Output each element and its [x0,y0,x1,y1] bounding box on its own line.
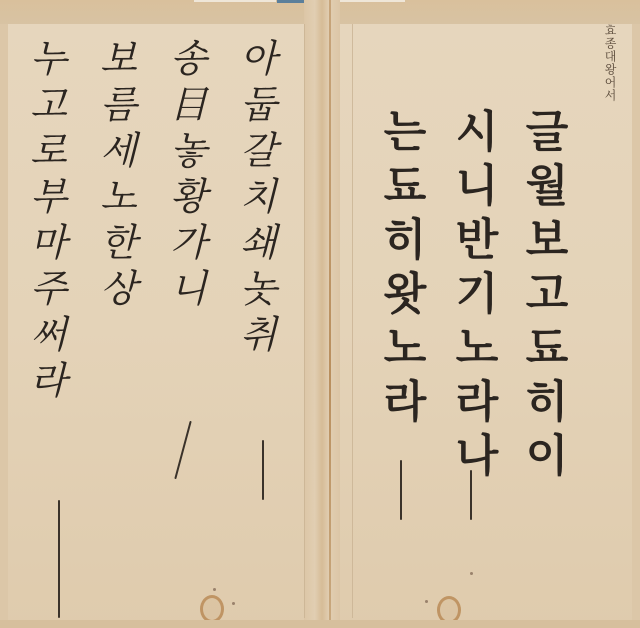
left-column-3: 보름세노한상 [88,38,143,468]
bottom-margin [0,620,640,628]
brush-tail [400,460,402,520]
left-column-2: 송目놓황가니 [158,38,213,498]
water-stain [200,595,224,623]
paper-speck [232,602,235,605]
right-column-3: 는됴히왓노라 [368,108,432,508]
right-column-1: 글월보고됴히이 [510,108,574,538]
brush-tail [470,470,472,520]
ruled-line [304,24,305,618]
ruled-line [352,24,353,618]
top-tab-left [194,0,276,2]
paper-speck [470,572,473,575]
document-caption: 효종대왕어서 [602,24,619,102]
center-gutter [304,0,340,628]
brush-tail [262,440,264,500]
right-column-2: 시니반기노라나 [440,108,504,538]
brush-tail [58,500,60,618]
paper-speck [425,600,428,603]
paper-speck [213,588,216,591]
book-fold [329,0,331,628]
left-column-4: 누고로부마주써라 [18,38,73,538]
left-column-1: 아둡갈치쇄놋취 [228,38,283,508]
